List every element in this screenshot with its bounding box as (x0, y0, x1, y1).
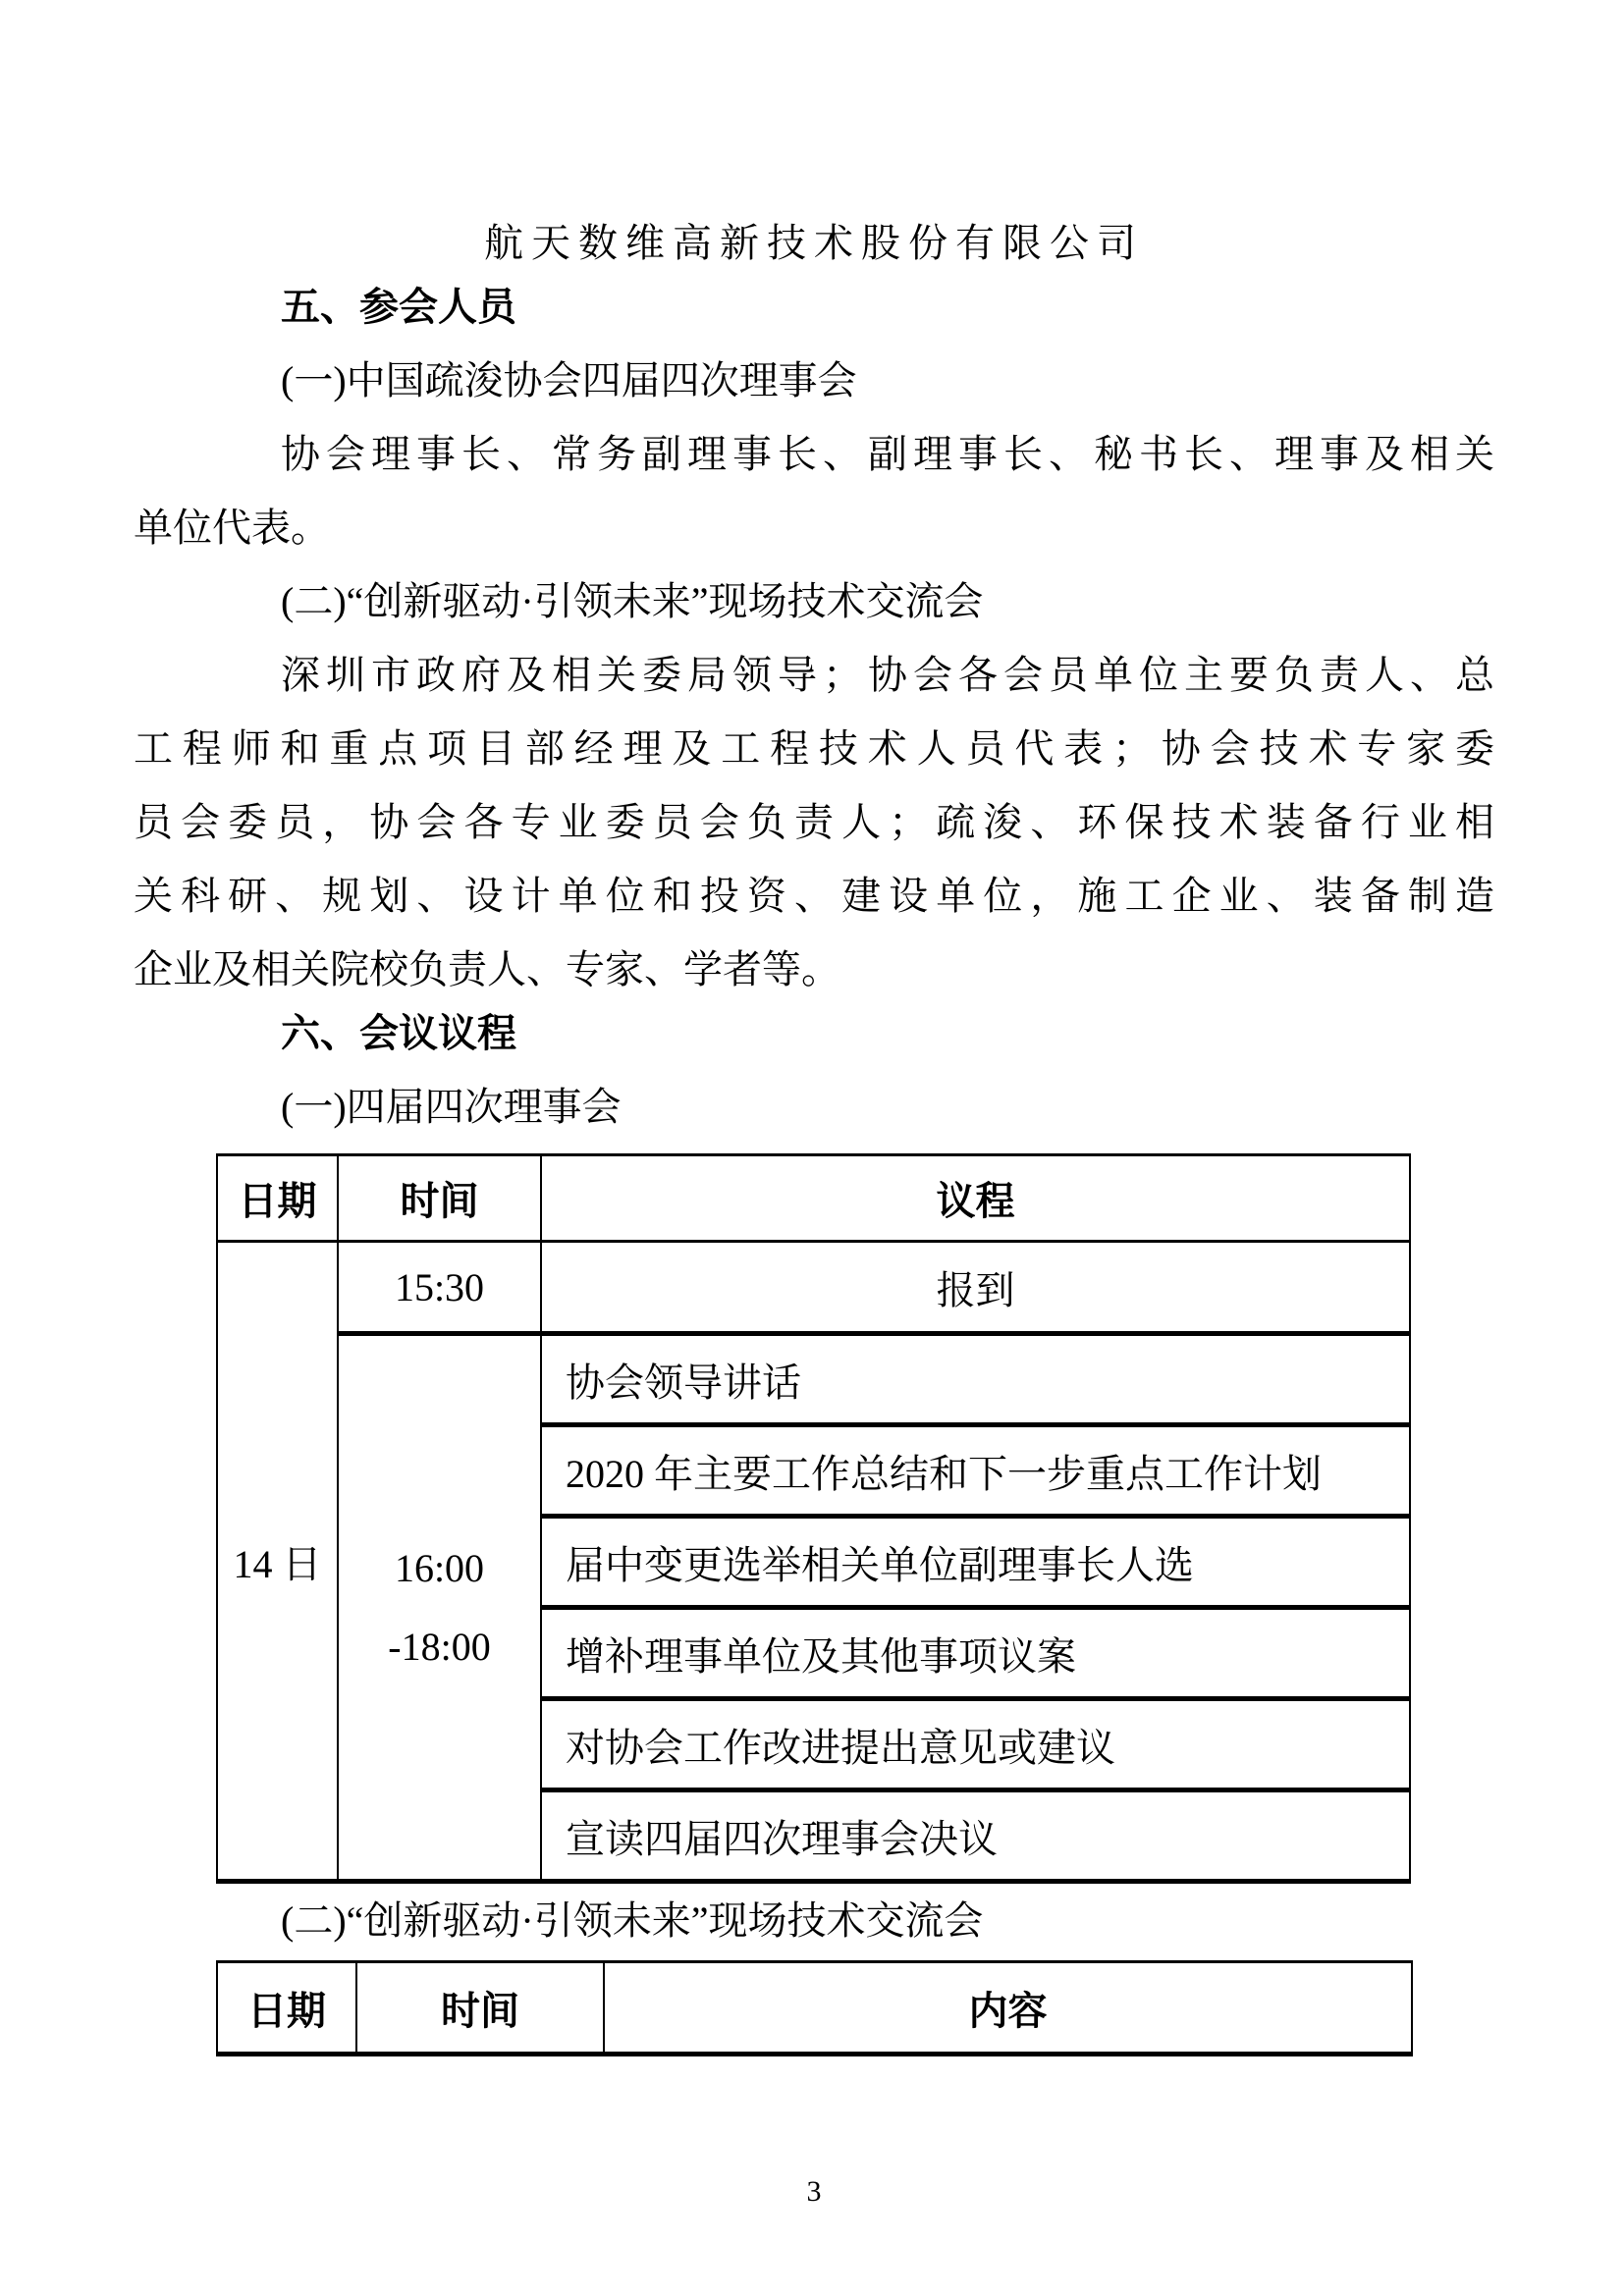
table2-header-time: 时间 (356, 1962, 604, 2055)
section5-item2: (二)“创新驱动·引领未来”现场技术交流会 (134, 564, 1494, 638)
exchange-meeting-agenda-table: 日期 时间 内容 (216, 1960, 1413, 2056)
paragraph-board-attendees: 协会理事长、常务副理事长、副理事长、秘书长、理事及相关 单位代表。 (134, 417, 1494, 564)
table2-header-date: 日期 (217, 1962, 356, 2055)
time-range-end: -18:00 (339, 1608, 540, 1686)
table1-agenda-registration: 报到 (541, 1242, 1410, 1334)
board-meeting-agenda-table: 日期 时间 议程 14 日 15:30 报到 16:00 -18:00 协会领导… (216, 1153, 1411, 1884)
table1-agenda-item: 对协会工作改进提出意见或建议 (541, 1699, 1410, 1790)
paragraph-line: 员会委员，协会各专业委员会负责人；疏浚、环保技术装备行业相 (134, 785, 1494, 859)
table1-header-time: 时间 (338, 1155, 541, 1242)
table-header-row: 日期 时间 议程 (217, 1155, 1410, 1242)
table-header-row: 日期 时间 内容 (217, 1962, 1412, 2055)
table1-time-cell-registration: 15:30 (338, 1242, 541, 1334)
section6-heading: 六、会议议程 (134, 996, 1494, 1070)
section5-heading: 五、参会人员 (134, 270, 1494, 344)
table1-header-agenda: 议程 (541, 1155, 1410, 1242)
company-name-line: 航天数维高新技术股份有限公司 (134, 206, 1494, 280)
page-number: 3 (134, 2155, 1494, 2228)
paragraph-line: 深圳市政府及相关委局领导；协会各会员单位主要负责人、总 (134, 638, 1494, 712)
table2-header-content: 内容 (604, 1962, 1412, 2055)
paragraph-exchange-attendees: 深圳市政府及相关委局领导；协会各会员单位主要负责人、总 工程师和重点项目部经理及… (134, 638, 1494, 1006)
table1-agenda-item: 2020 年主要工作总结和下一步重点工作计划 (541, 1425, 1410, 1517)
table1-agenda-item: 宣读四届四次理事会决议 (541, 1790, 1410, 1882)
table1-header-date: 日期 (217, 1155, 338, 1242)
table1-agenda-item: 届中变更选举相关单位副理事长人选 (541, 1517, 1410, 1608)
table1-date-cell: 14 日 (217, 1242, 338, 1882)
time-range-start: 16:00 (339, 1529, 540, 1608)
table1-time-range-cell: 16:00 -18:00 (338, 1334, 541, 1882)
table1-agenda-item: 增补理事单位及其他事项议案 (541, 1608, 1410, 1699)
section5-item1: (一)中国疏浚协会四届四次理事会 (134, 344, 1494, 417)
paragraph-line: 协会理事长、常务副理事长、副理事长、秘书长、理事及相关 (134, 417, 1494, 491)
table-row: 14 日 15:30 报到 (217, 1242, 1410, 1334)
table1-agenda-item: 协会领导讲话 (541, 1334, 1410, 1425)
paragraph-line: 单位代表。 (134, 491, 1494, 564)
document-page: 航天数维高新技术股份有限公司 五、参会人员 (一)中国疏浚协会四届四次理事会 协… (0, 0, 1624, 2296)
paragraph-line: 企业及相关院校负责人、专家、学者等。 (134, 933, 1494, 1006)
paragraph-line: 工程师和重点项目部经理及工程技术人员代表；协会技术专家委 (134, 712, 1494, 785)
paragraph-line: 关科研、规划、设计单位和投资、建设单位，施工企业、装备制造 (134, 859, 1494, 933)
section6-item1: (一)四届四次理事会 (134, 1070, 1494, 1144)
section6-item2: (二)“创新驱动·引领未来”现场技术交流会 (134, 1884, 1494, 1957)
table-row: 16:00 -18:00 协会领导讲话 (217, 1334, 1410, 1425)
